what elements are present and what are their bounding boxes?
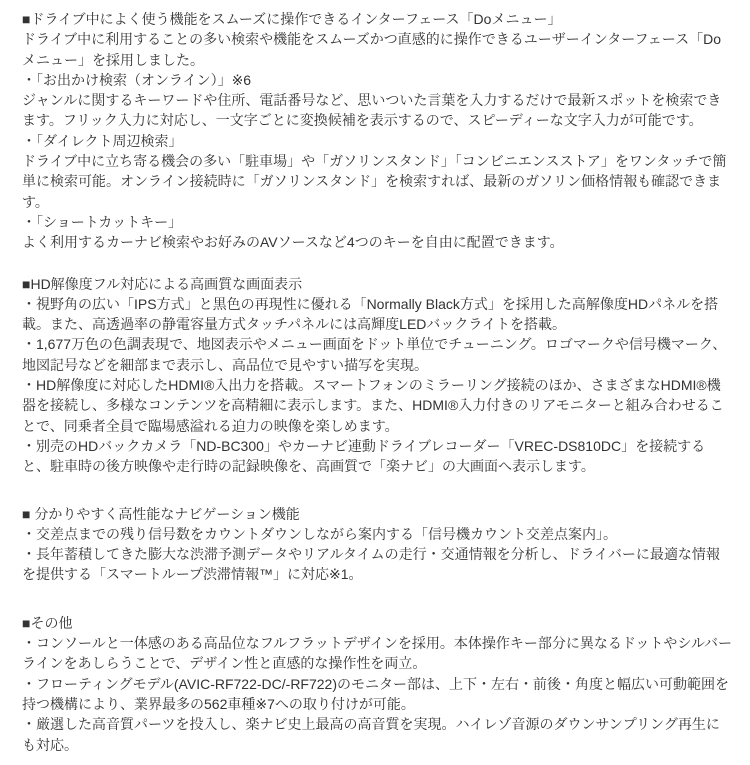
heading-do-menu-interface: ■ドライブ中によく使う機能をスムーズに操作できるインターフェース「Doメニュー」 [22,9,732,29]
heading-hd-display: ■HD解像度フル対応による高画質な画面表示 [22,274,732,294]
heading-navigation-features: ■ 分かりやすく高性能なナビゲーション機能 [22,504,732,524]
heading-other: ■その他 [22,613,732,633]
odekake-search-description: ジャンルに関するキーワードや住所、電話番号など、思いついた言葉を入力するだけで最… [22,90,732,131]
section-hd-display: ■HD解像度フル対応による高画質な画面表示 ・視野角の広い「IPS方式」と黒色の… [22,274,732,477]
direct-search-description: ドライブ中に立ち寄る機会の多い「駐車場」や「ガソリンスタンド」「コンビニエンスス… [22,151,732,212]
product-description-page: ■ドライブ中によく使う機能をスムーズに操作できるインターフェース「Doメニュー」… [0,0,750,765]
floating-model-description: ・フローティングモデル(AVIC-RF722-DC/-RF722)のモニター部は… [22,674,732,715]
sound-quality-description: ・厳選した高音質パーツを投入し、楽ナビ史上最高の高音質を実現。ハイレゾ音源のダウ… [22,714,732,755]
bullet-odekake-search-title: ・「お出かけ検索（オンライン）」※6 [22,70,732,90]
color-tuning-description: ・1,677万色の色調表現で、地図表示やメニュー画面をドット単位でチューニング。… [22,334,732,375]
hd-panel-description: ・視野角の広い「IPS方式」と黒色の再現性に優れる「Normally Black… [22,294,732,335]
bullet-shortcut-key-title: ・「ショートカットキー」 [22,212,732,232]
do-menu-description: ドライブ中に利用することの多い検索や機能をスムーズかつ直感的に操作できるユーザー… [22,29,732,70]
shortcut-key-description: よく利用するカーナビ検索やお好みのAVソースなど4つのキーを自由に配置できます。 [22,232,732,252]
backup-camera-description: ・別売のHDバックカメラ「ND-BC300」やカーナビ連動ドライブレコーダー「V… [22,436,732,477]
smart-loop-description: ・長年蓄積してきた膨大な渋滞予測データやリアルタイムの走行・交通情報を分析し、ド… [22,544,732,585]
signal-count-description: ・交差点までの残り信号数をカウントダウンしながら案内する「信号機カウント交差点案… [22,524,732,544]
section-other: ■その他 ・コンソールと一体感のある高品位なフルフラットデザインを採用。本体操作… [22,613,732,755]
section-navigation-features: ■ 分かりやすく高性能なナビゲーション機能 ・交差点までの残り信号数をカウントダ… [22,504,732,585]
hdmi-description: ・HD解像度に対応したHDMI®入出力を搭載。スマートフォンのミラーリング接続の… [22,375,732,436]
section-do-menu-interface: ■ドライブ中によく使う機能をスムーズに操作できるインターフェース「Doメニュー」… [22,9,732,253]
flat-design-description: ・コンソールと一体感のある高品位なフルフラットデザインを採用。本体操作キー部分に… [22,633,732,674]
bullet-direct-search-title: ・「ダイレクト周辺検索」 [22,131,732,151]
